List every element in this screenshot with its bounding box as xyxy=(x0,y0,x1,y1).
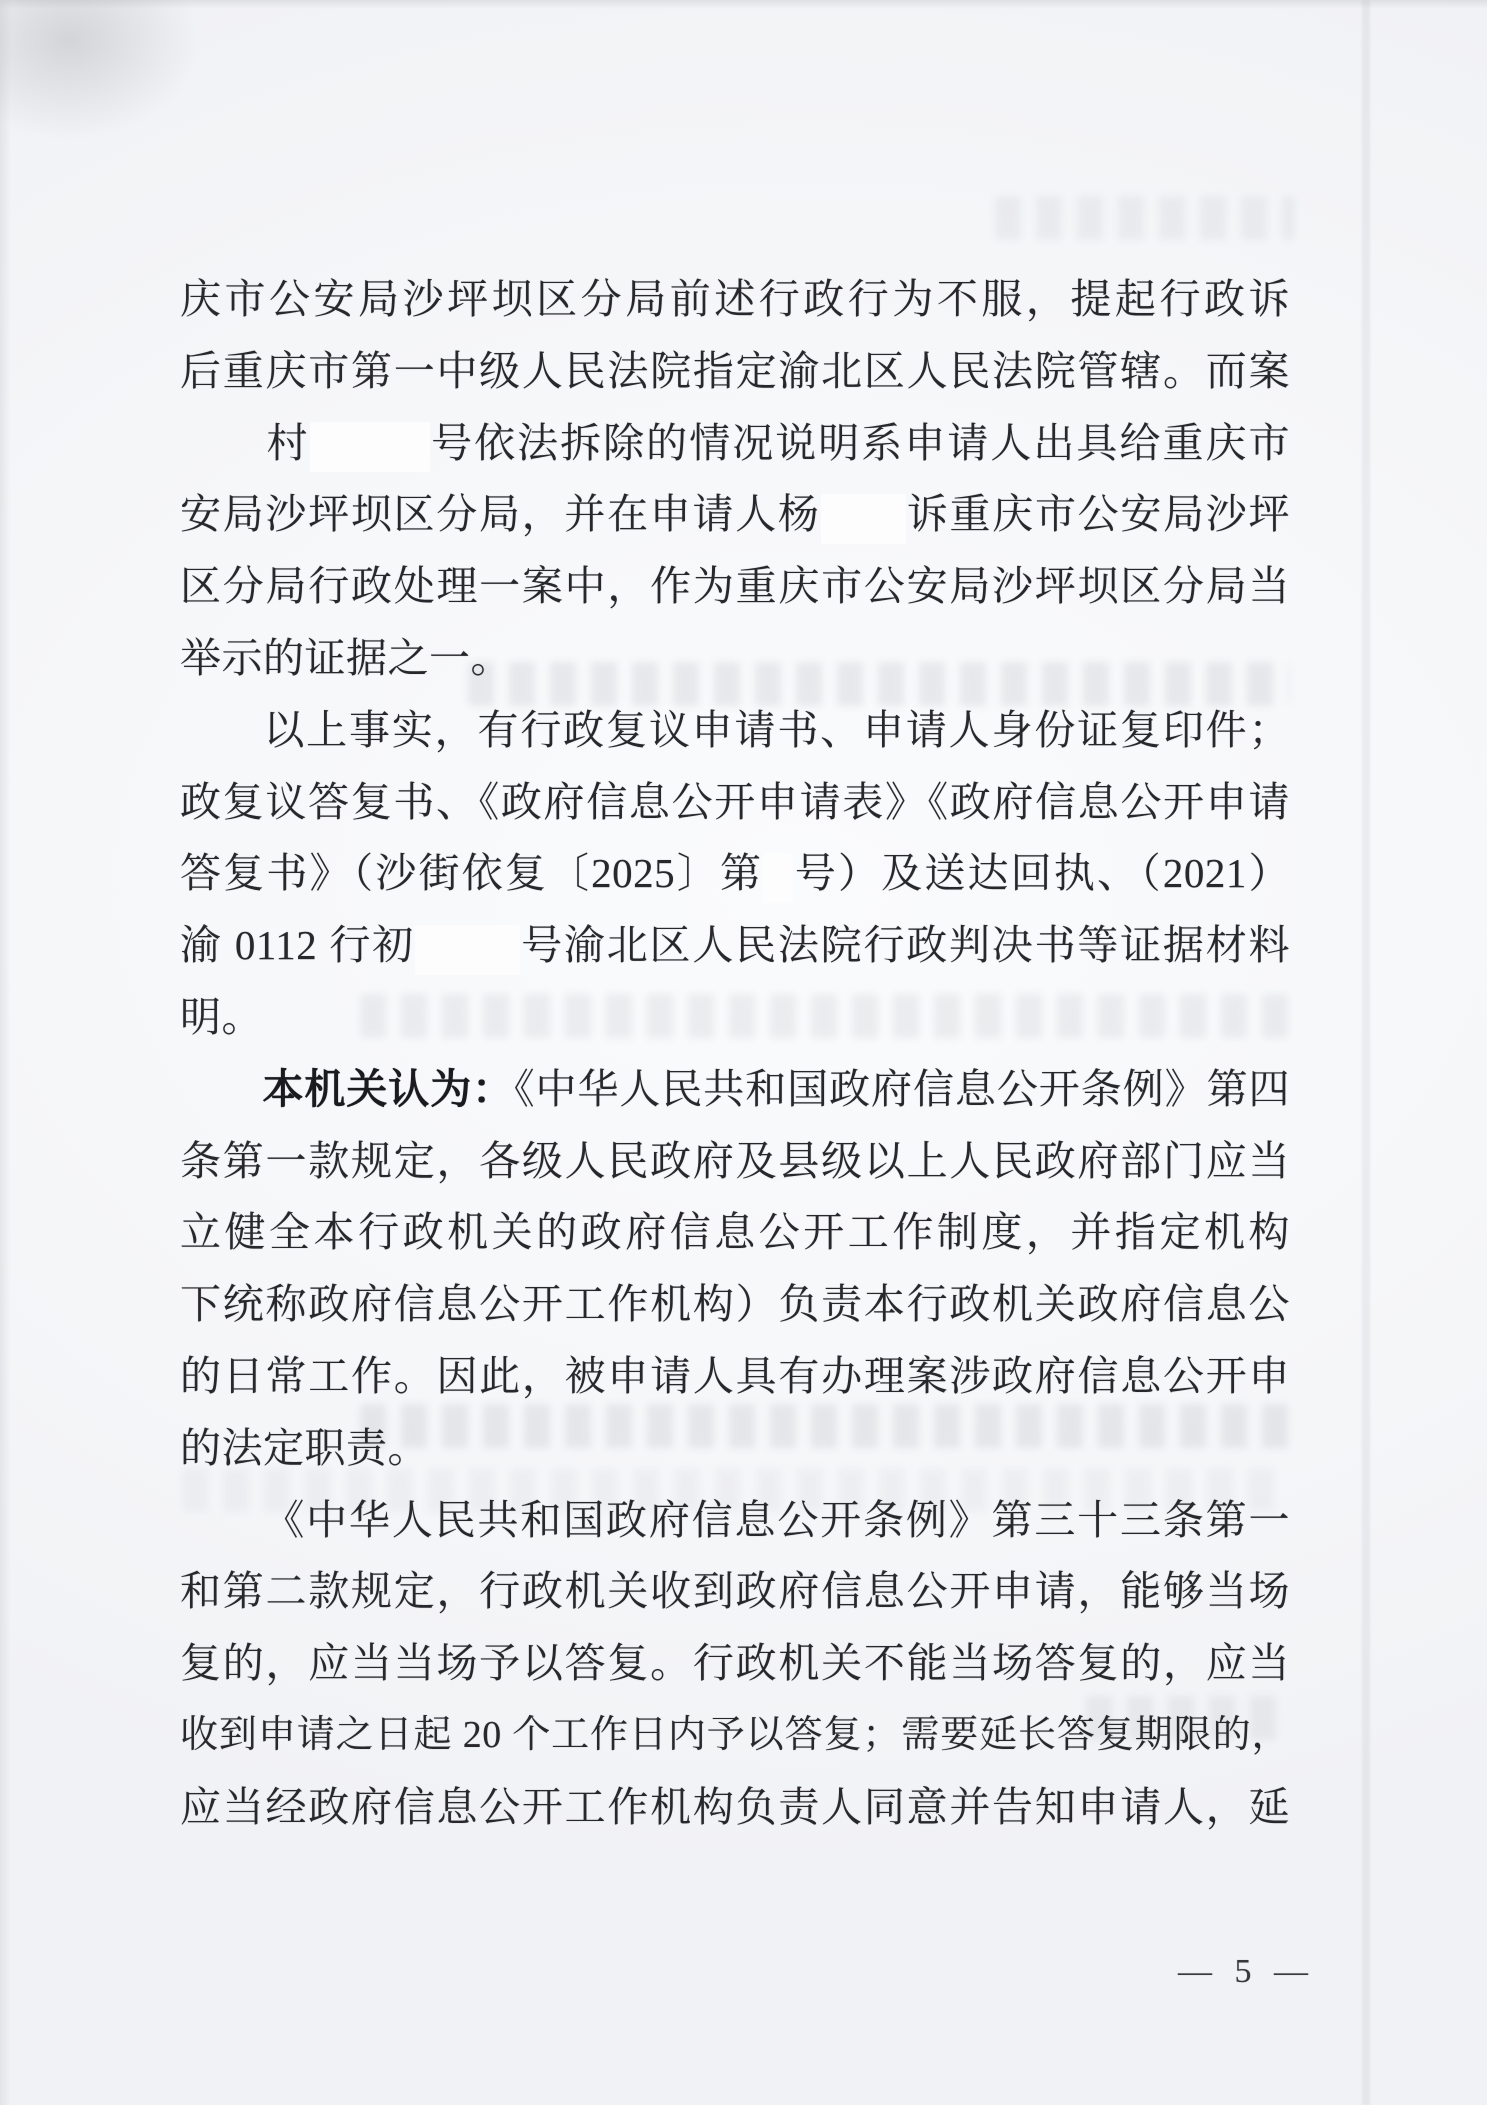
text-line: 庆市公安局沙坪坝区分局前述行政行为不服，提起行政诉讼， xyxy=(180,264,1290,336)
text-line: 收到申请之日起 20 个工作日内予以答复；需要延长答复期限的， xyxy=(180,1700,1290,1772)
text-line: 和第二款规定，行政机关收到政府信息公开申请，能够当场答 xyxy=(180,1556,1290,1628)
text-run: 和第二款规定，行政机关收到政府信息公开申请，能够当场答 xyxy=(180,1568,1290,1628)
redaction-mask xyxy=(821,494,906,544)
text-line: 下统称政府信息公开工作机构）负责本行政机关政府信息公开 xyxy=(180,1269,1290,1341)
text-run: 复的，应当当场予以答复。行政机关不能当场答复的，应当自 xyxy=(180,1640,1290,1700)
indent-spacer xyxy=(180,734,262,744)
scan-corner-shadow xyxy=(0,0,200,140)
text-line: 举示的证据之一。 xyxy=(180,623,1290,695)
text-run: 号）及送达回执、（2021） xyxy=(793,850,1290,896)
text-line: 后重庆市第一中级人民法院指定渝北区人民法院管辖。而案涉 xyxy=(180,336,1290,408)
text-run: 村 xyxy=(265,420,310,466)
indent-spacer xyxy=(180,1524,262,1534)
text-line: 的法定职责。 xyxy=(180,1413,1290,1485)
redaction-mask xyxy=(763,853,793,903)
text-run: 《中华人民共和国政府信息公开条例》第四 xyxy=(514,1066,1290,1112)
text-line: 政复议答复书、《政府信息公开申请表》《政府信息公开申请 xyxy=(180,767,1290,839)
text-line: 村号依法拆除的情况说明系申请人出具给重庆市公 xyxy=(180,408,1290,480)
text-line: 《中华人民共和国政府信息公开条例》第三十三条第一款 xyxy=(180,1485,1290,1557)
text-run: 下统称政府信息公开工作机构）负责本行政机关政府信息公开 xyxy=(180,1281,1290,1341)
redaction-mask xyxy=(310,422,430,472)
text-run: 区分局行政处理一案中，作为重庆市公安局沙坪坝区分局当庭 xyxy=(180,563,1290,623)
text-line: 答复书》（沙街依复〔2025〕第号）及送达回执、（2021） xyxy=(180,838,1290,910)
text-line: 明。 xyxy=(180,982,1290,1054)
text-line: 本机关认为：《中华人民共和国政府信息公开条例》第四 xyxy=(180,1054,1290,1126)
text-run: 政复议答复书、《政府信息公开申请表》《政府信息公开申请 xyxy=(180,779,1290,825)
text-line: 应当经政府信息公开工作机构负责人同意并告知申请人，延长 xyxy=(180,1772,1290,1844)
page-number: — 5 — xyxy=(1178,1953,1315,1991)
indent-spacer xyxy=(180,1093,262,1103)
text-run: 明。 xyxy=(180,994,263,1040)
text-run: 渝 0112 行初 xyxy=(180,922,415,968)
text-run: 的法定职责。 xyxy=(180,1425,429,1471)
text-line: 渝 0112 行初号渝北区人民法院行政判决书等证据材料证 xyxy=(180,910,1290,982)
text-line: 复的，应当当场予以答复。行政机关不能当场答复的，应当自 xyxy=(180,1628,1290,1700)
text-run: 后重庆市第一中级人民法院指定渝北区人民法院管辖。而案涉 xyxy=(180,348,1290,408)
text-run: 应当经政府信息公开工作机构负责人同意并告知申请人，延长 xyxy=(180,1784,1290,1844)
bleedthrough-artifact xyxy=(995,196,1295,240)
text-line: 区分局行政处理一案中，作为重庆市公安局沙坪坝区分局当庭 xyxy=(180,551,1290,623)
scan-edge-left xyxy=(0,0,11,2105)
document-page: 庆市公安局沙坪坝区分局前述行政行为不服，提起行政诉讼，后重庆市第一中级人民法院指… xyxy=(0,0,1487,2105)
text-run: 庆市公安局沙坪坝区分局前述行政行为不服，提起行政诉讼， xyxy=(180,276,1290,336)
text-line: 条第一款规定，各级人民政府及县级以上人民政府部门应当建 xyxy=(180,1126,1290,1198)
text-run: 以上事实，有行政复议申请书、申请人身份证复印件；行 xyxy=(180,707,1290,767)
text-line: 安局沙坪坝区分局，并在申请人杨诉重庆市公安局沙坪坝 xyxy=(180,479,1290,551)
redaction-mask xyxy=(415,925,520,975)
text-run: 的日常工作。因此，被申请人具有办理案涉政府信息公开申请 xyxy=(180,1353,1290,1413)
text-run: 立健全本行政机关的政府信息公开工作制度，并指定机构（以 xyxy=(180,1209,1290,1269)
text-run: 安局沙坪坝区分局，并在申请人杨 xyxy=(180,491,821,537)
text-run: 收到申请之日起 20 个工作日内予以答复；需要延长答复期限的， xyxy=(180,1714,1290,1756)
scanner-streak-line xyxy=(1362,0,1370,2105)
text-line: 的日常工作。因此，被申请人具有办理案涉政府信息公开申请 xyxy=(180,1341,1290,1413)
text-run: 条第一款规定，各级人民政府及县级以上人民政府部门应当建 xyxy=(180,1138,1290,1198)
text-run: 答复书》（沙街依复〔2025〕第 xyxy=(180,850,763,896)
text-line: 以上事实，有行政复议申请书、申请人身份证复印件；行 xyxy=(180,695,1290,767)
text-run: 《中华人民共和国政府信息公开条例》第三十三条第一款 xyxy=(180,1497,1290,1557)
document-body: 庆市公安局沙坪坝区分局前述行政行为不服，提起行政诉讼，后重庆市第一中级人民法院指… xyxy=(180,264,1290,1844)
indent-spacer xyxy=(180,447,265,457)
text-line: 立健全本行政机关的政府信息公开工作制度，并指定机构（以 xyxy=(180,1197,1290,1269)
scan-edge-top xyxy=(0,0,1487,9)
bold-text-run: 本机关认为： xyxy=(262,1066,514,1112)
text-run: 举示的证据之一。 xyxy=(180,635,512,681)
